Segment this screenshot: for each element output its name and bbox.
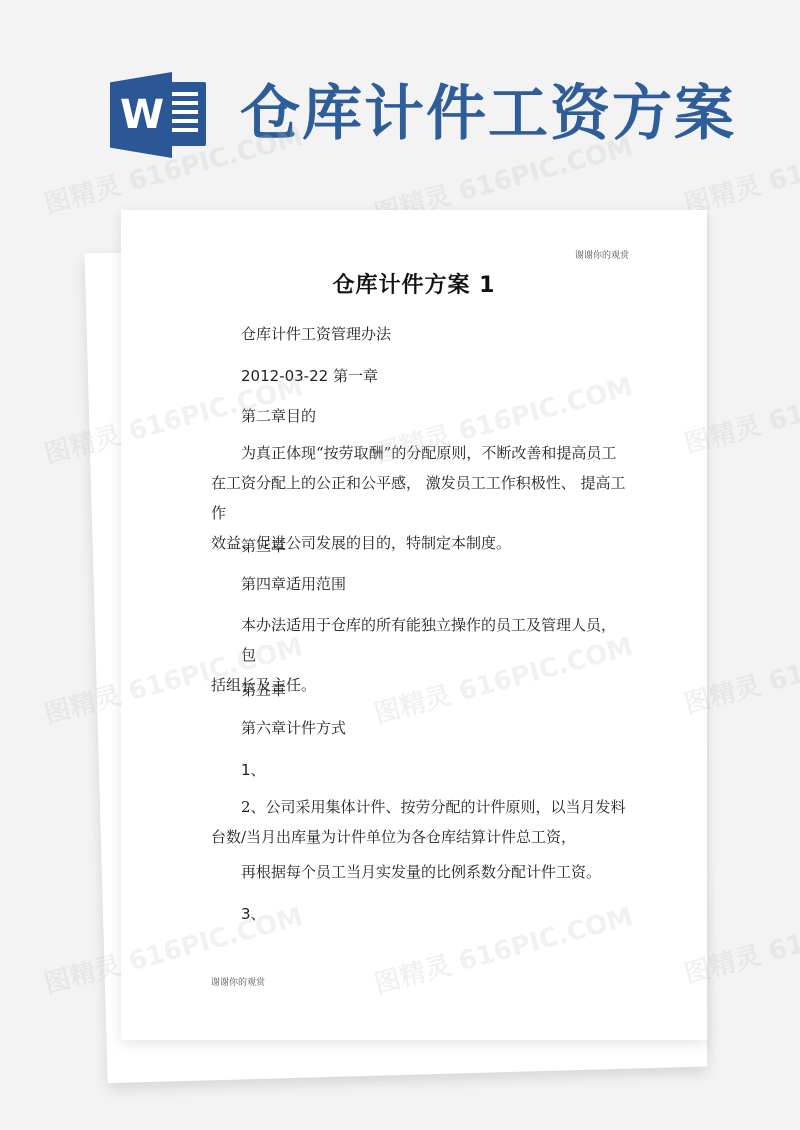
text-line: 2、公司采用集体计件、按劳分配的计件原则，以当月发料 — [211, 792, 631, 822]
paragraph-chapter5: 第五章 — [241, 676, 661, 704]
paragraph-distribution: 再根据每个员工当月实发量的比例系数分配计件工资。 — [241, 858, 661, 886]
text-line: 在工资分配上的公正和公平感， 激发员工工作积极性、 提高工作 — [211, 468, 631, 528]
date-text: 2012-03-22 — [241, 367, 328, 385]
paragraph-subtitle: 仓库计件工资管理办法 — [241, 320, 661, 348]
footer-note: 谢谢你的观赏 — [211, 975, 265, 988]
word-document-icon: W — [110, 72, 212, 158]
text-line: 为真正体现“按劳取酬”的分配原则，不断改善和提高员工 — [211, 438, 631, 468]
paragraph-chapter4: 第四章适用范围 — [241, 570, 661, 598]
paragraph-chapter3: 第三章 — [241, 532, 661, 560]
paragraph-item3: 3、 — [241, 900, 661, 928]
document-page: 谢谢你的观赏 仓库计件方案 1 仓库计件工资管理办法 2012-03-22 第一… — [121, 210, 707, 1040]
paragraph-item1: 1、 — [241, 756, 661, 784]
text-line: 本办法适用于仓库的所有能独立操作的员工及管理人员， 包 — [211, 610, 631, 670]
word-icon-letter: W — [120, 92, 164, 138]
paragraph-item2: 2、公司采用集体计件、按劳分配的计件原则，以当月发料 台数/当月出库量为计件单位… — [211, 792, 631, 852]
paragraph-chapter2: 第二章目的 — [241, 402, 661, 430]
header-note: 谢谢你的观赏 — [575, 248, 629, 261]
paragraph-date-chapter1: 2012-03-22 第一章 — [241, 362, 661, 390]
chapter-text: 第一章 — [333, 367, 378, 385]
text-line: 台数/当月出库量为计件单位为各仓库结算计件总工资， — [211, 822, 631, 852]
paragraph-chapter6: 第六章计件方式 — [241, 714, 661, 742]
document-title: 仓库计件方案 1 — [121, 268, 707, 299]
banner-title: 仓库计件工资方案 — [240, 74, 736, 154]
